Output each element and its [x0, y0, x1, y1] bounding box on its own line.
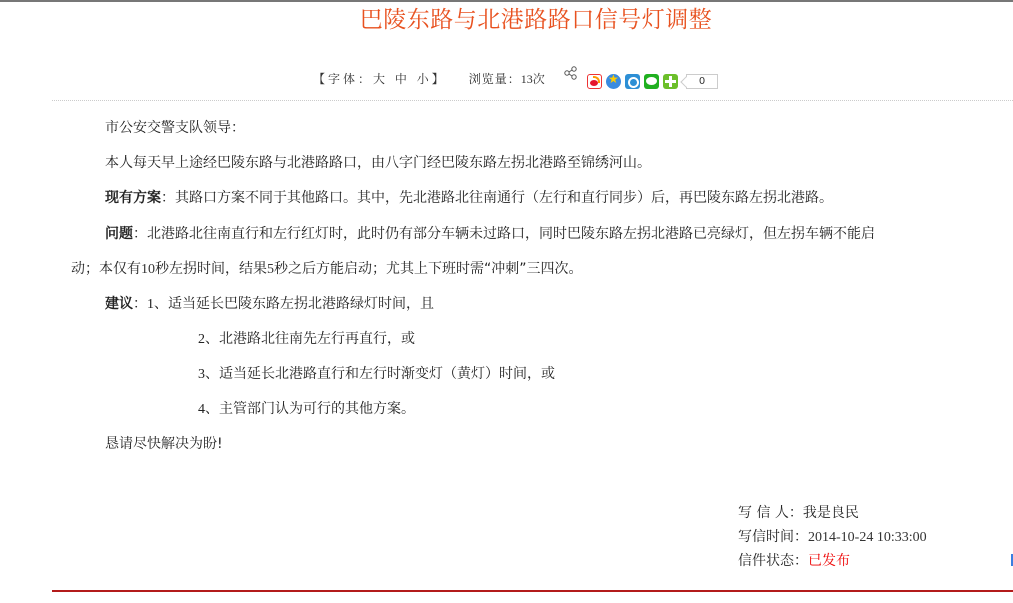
font-size-medium-link[interactable]: 中: [395, 72, 410, 86]
qzone-icon[interactable]: [606, 74, 621, 89]
intro-paragraph: 本人每天早上途经巴陵东路与北港路路口，由八字门经巴陵东路左拐北港路至锦绣河山。: [105, 153, 651, 173]
share-icon[interactable]: [564, 66, 578, 80]
suggestion-label: 建议: [105, 296, 133, 312]
problem-paragraph-cont: 动；本仅有10秒左拐时间，结果5秒之后方能启动；尤其上下班时需“冲刺”三四次。: [71, 259, 583, 280]
problem-label: 问题: [105, 226, 133, 242]
more-share-icon[interactable]: [663, 74, 678, 89]
article-meta: 【字体：大 中 小】 浏览量：13次: [313, 70, 546, 88]
problem-text-a: 动；本仅有: [71, 261, 141, 277]
page-title: 巴陵东路与北港路路口信号灯调整: [0, 4, 1013, 36]
problem-text-c: 秒之后方能启动；尤其上下班时需“冲刺”三四次。: [274, 261, 583, 277]
suggestion-item: 3、适当延长北港路直行和左行时渐变灯（黄灯）时间，或: [198, 364, 555, 385]
suggestion-number: 2: [198, 332, 205, 347]
suggestion-paragraph: 建议：1、适当延长巴陵东路左拐北港路绿灯时间，且: [105, 294, 434, 315]
problem-text: ：北港路北往南直行和左行红灯时，此时仍有部分车辆未过路口，同时巴陵东路左拐北港路…: [133, 226, 875, 242]
suggestion-item: 2、北港路北往南先左行再直行，或: [198, 329, 415, 350]
current-plan-label: 现有方案: [105, 190, 161, 206]
problem-paragraph: 问题：北港路北往南直行和左行红灯时，此时仍有部分车辆未过路口，同时巴陵东路左拐北…: [105, 224, 875, 244]
share-bar: 0: [562, 66, 722, 92]
time-label: 写信时间：: [738, 529, 808, 545]
suggestion-text: 、北港路北往南先左行再直行，或: [205, 331, 415, 347]
views-number: 13: [521, 72, 533, 86]
font-size-label: 【字体：: [313, 72, 373, 86]
view-count: 浏览量：13次: [469, 70, 546, 88]
suggestion-text: 、适当延长巴陵东路左拐北港路绿灯时间，且: [154, 296, 434, 312]
writer-row: 写 信 人：我是良民: [738, 503, 859, 523]
footer-divider: [52, 590, 1013, 592]
suggestion-text: 、主管部门认为可行的其他方案。: [205, 401, 415, 417]
font-size-large-link[interactable]: 大: [373, 72, 388, 86]
status-row: 信件状态：已发布: [738, 551, 850, 571]
font-size-suffix: 】: [432, 72, 447, 86]
time-row: 写信时间：2014-10-24 10:33:00: [738, 527, 927, 548]
tencent-weibo-icon[interactable]: [625, 74, 640, 89]
header-divider: [52, 100, 1013, 101]
status-badge: 已发布: [808, 553, 850, 569]
current-plan-paragraph: 现有方案：其路口方案不同于其他路口。其中，先北港路北往南通行（左行和直行同步）后…: [105, 188, 833, 208]
status-label: 信件状态：: [738, 553, 808, 569]
wechat-icon[interactable]: [644, 74, 659, 89]
suggestion-number: 4: [198, 402, 205, 417]
suggestion-number: 3: [198, 367, 205, 382]
top-border: [0, 0, 1013, 2]
weibo-icon[interactable]: [587, 74, 602, 89]
writer-label: 写 信 人：: [738, 505, 803, 521]
salutation: 市公安交警支队领导：: [105, 118, 245, 138]
letter-time: 2014-10-24 10:33:00: [808, 530, 927, 545]
suggestion-text: 、适当延长北港路直行和左行时渐变灯（黄灯）时间，或: [205, 366, 555, 382]
views-unit: 次: [533, 72, 546, 86]
problem-num-10: 10: [141, 262, 155, 277]
views-label: 浏览量：: [469, 72, 521, 86]
current-plan-text: ：其路口方案不同于其他路口。其中，先北港路北往南通行（左行和直行同步）后，再巴陵…: [161, 190, 833, 206]
font-size-control: 【字体：大 中 小】: [313, 70, 447, 88]
suggestion-number: 1: [147, 297, 154, 312]
colon: ：: [133, 296, 147, 312]
font-size-small-link[interactable]: 小: [417, 72, 432, 86]
problem-num-5: 5: [267, 262, 274, 277]
writer-name: 我是良民: [803, 505, 859, 521]
closing-line: 恳请尽快解决为盼!: [105, 434, 223, 454]
problem-text-b: 秒左拐时间，结果: [155, 261, 267, 277]
suggestion-item: 4、主管部门认为可行的其他方案。: [198, 399, 415, 420]
share-count[interactable]: 0: [686, 74, 718, 89]
